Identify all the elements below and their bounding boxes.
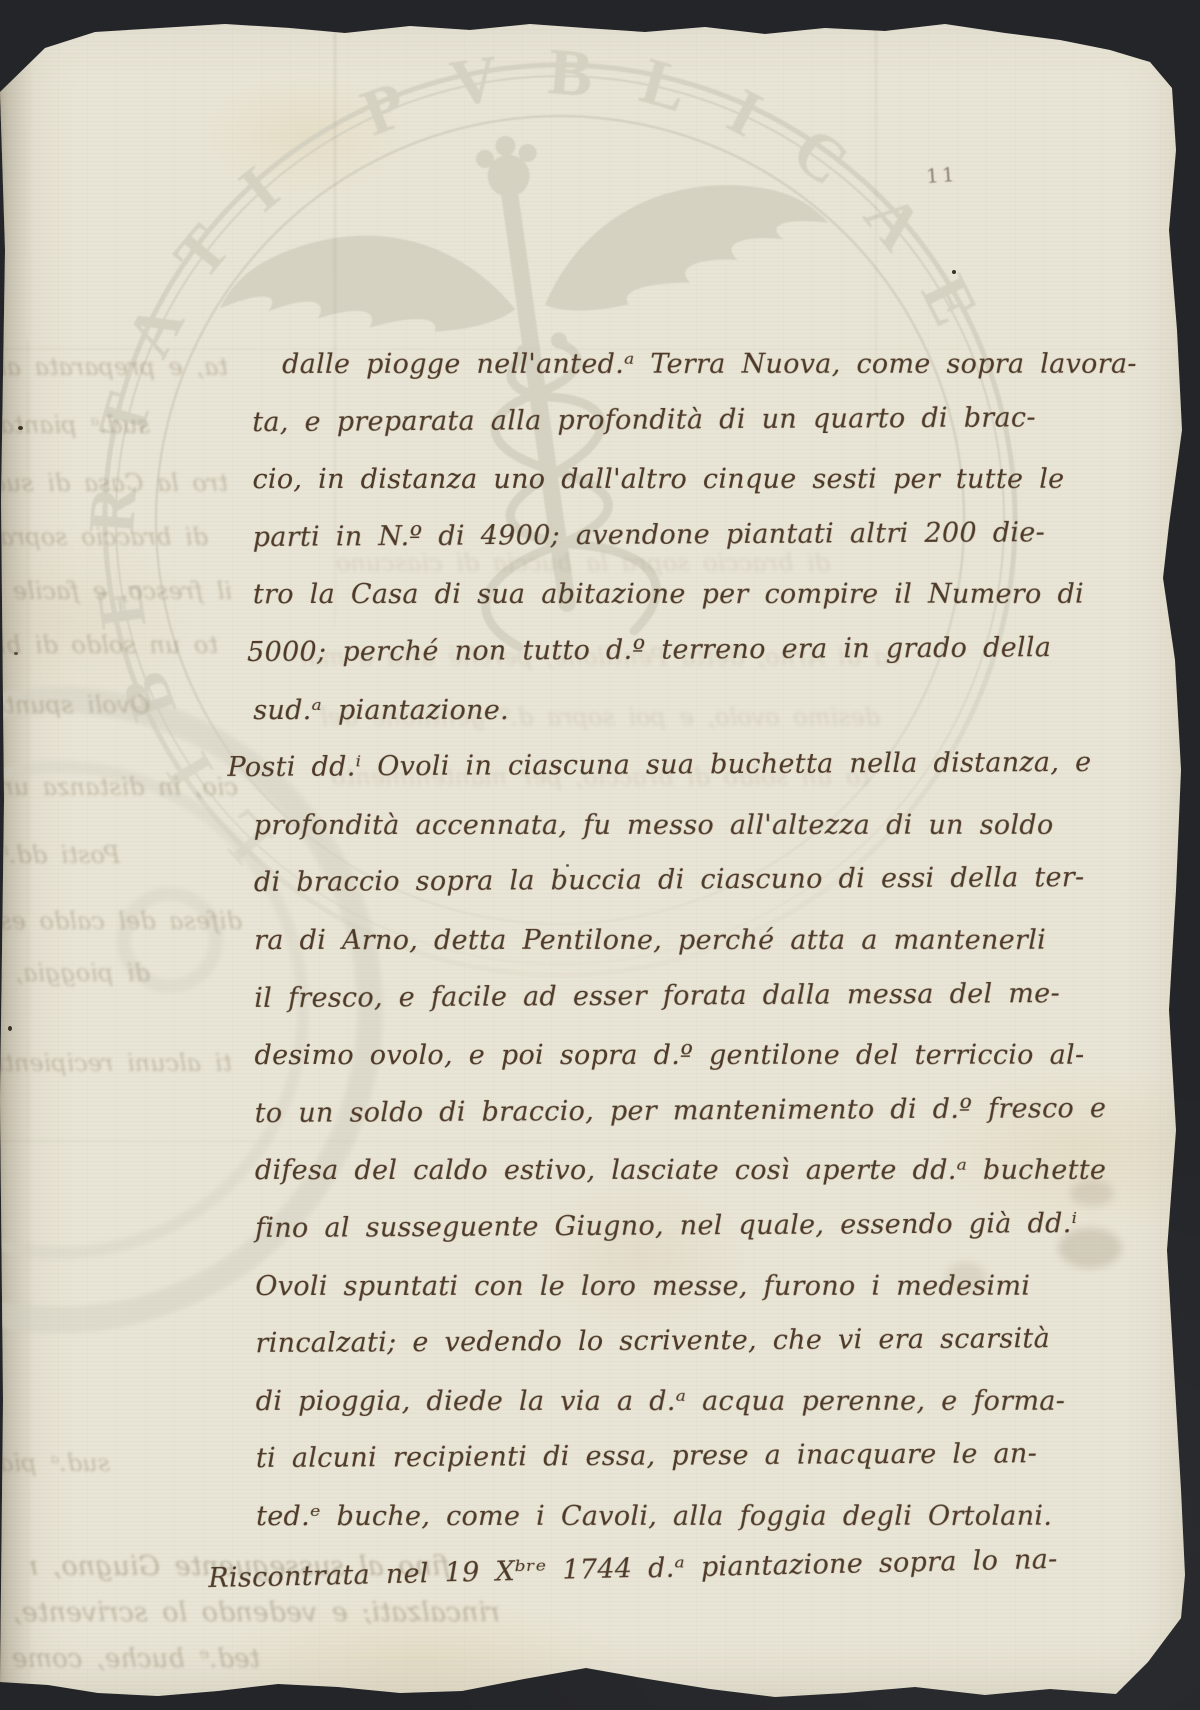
manuscript-line: to un soldo di braccio, per mantenimento…: [255, 1079, 1155, 1142]
ink-smudge: [1058, 1228, 1122, 1268]
manuscript-line: Ovoli spuntati con le loro messe, furono…: [255, 1257, 1155, 1315]
ink-speck: [8, 1026, 12, 1031]
manuscript-line: 5000; perché non tutto d.º terreno era i…: [247, 618, 1153, 681]
manuscript-line: il fresco, e facile ad esser forata dall…: [254, 964, 1154, 1027]
bleedthrough-text: tro la Casa di sua abitazione per compir…: [0, 468, 228, 498]
manuscript-line: ti alcuni recipienti di essa, prese a in…: [256, 1425, 1156, 1488]
manuscript-line: parti in N.º di 4900; avendone piantati …: [253, 503, 1153, 566]
scanned-manuscript-screenshot: { "document": { "page_number": "11", "wa…: [0, 0, 1200, 1710]
bleedthrough-text: to un soldo di braccio, per mantenimento…: [0, 630, 218, 660]
bleedthrough-text: ti alcuni recipienti di essa, prese a in…: [0, 1048, 232, 1078]
manuscript-line: profondità accennata, fu messo all'altez…: [254, 796, 1154, 854]
manuscript-line: ra di Arno, detta Pentilone, perché atta…: [254, 912, 1154, 970]
manuscript-line: tro la Casa di sua abitazione per compir…: [253, 566, 1153, 624]
manuscript-text-block: dalle piogge nell'anted.ᵃ Terra Nuova, c…: [252, 333, 1156, 1608]
ink-speck: [14, 652, 18, 655]
ink-speck: [18, 426, 23, 430]
paper-sheet: LIBERTATI PVBLICAE: [0, 0, 1200, 1710]
manuscript-line: sud.ᵃ piantazione.: [253, 681, 1153, 739]
manuscript-line: desimo ovolo, e poi sopra d.º gentilone …: [255, 1027, 1155, 1085]
ink-speck: [952, 270, 956, 274]
page-number: 11: [925, 162, 958, 188]
ink-smudge: [1070, 1180, 1114, 1206]
bleedthrough-text: difesa del caldo estivo, lasciate così a…: [0, 906, 242, 936]
manuscript-line: cio, in distanza uno dall'altro cinque s…: [252, 451, 1152, 509]
bleedthrough-text: ted.ᵉ buche, come i Cavoli, alla foggia …: [0, 1644, 260, 1674]
bleedthrough-text: di braccio sopra la buccia di ciascuno d…: [0, 522, 208, 552]
manuscript-line: ta, e preparata alla profondità di un qu…: [252, 388, 1152, 451]
manuscript-line: di pioggia, diede la via a d.ᵃ acqua per…: [256, 1372, 1156, 1430]
ink-smudge: [946, 1262, 986, 1292]
manuscript-line: Posti dd.ⁱ Ovoli in ciascuna sua buchett…: [227, 734, 1153, 797]
bleedthrough-text: Ovoli spuntati con le loro messe, furono…: [0, 690, 150, 720]
manuscript-line: difesa del caldo estivo, lasciate così a…: [255, 1142, 1155, 1200]
bleedthrough-text: sud.ᵃ piantazione.: [0, 1448, 110, 1478]
manuscript-line: fino al susseguente Giugno, nel quale, e…: [255, 1194, 1155, 1257]
ink-speck: [566, 864, 569, 867]
ink-speck: [404, 416, 408, 419]
manuscript-line: di braccio sopra la buccia di ciascuno d…: [254, 849, 1154, 912]
bleedthrough-text: Posti dd.ⁱ Ovoli in ciascuna sua buchett…: [0, 840, 120, 870]
bleedthrough-text: sud.ᵃ piantazione.: [0, 410, 150, 440]
bleedthrough-text: il fresco, e facile ad esser forata dall…: [0, 576, 232, 606]
bleedthrough-text: ta, e preparata alla profondità di un qu…: [0, 352, 228, 382]
manuscript-line: dalle piogge nell'anted.ᵃ Terra Nuova, c…: [282, 336, 1152, 394]
bleedthrough-text: di pioggia, diede la via a d.ᵃ acqua per…: [0, 958, 150, 988]
manuscript-line: rincalzati; e vedendo lo scrivente, che …: [255, 1310, 1155, 1373]
bleedthrough-text: cio, in distanza uno dall'altro cinque s…: [0, 772, 238, 802]
